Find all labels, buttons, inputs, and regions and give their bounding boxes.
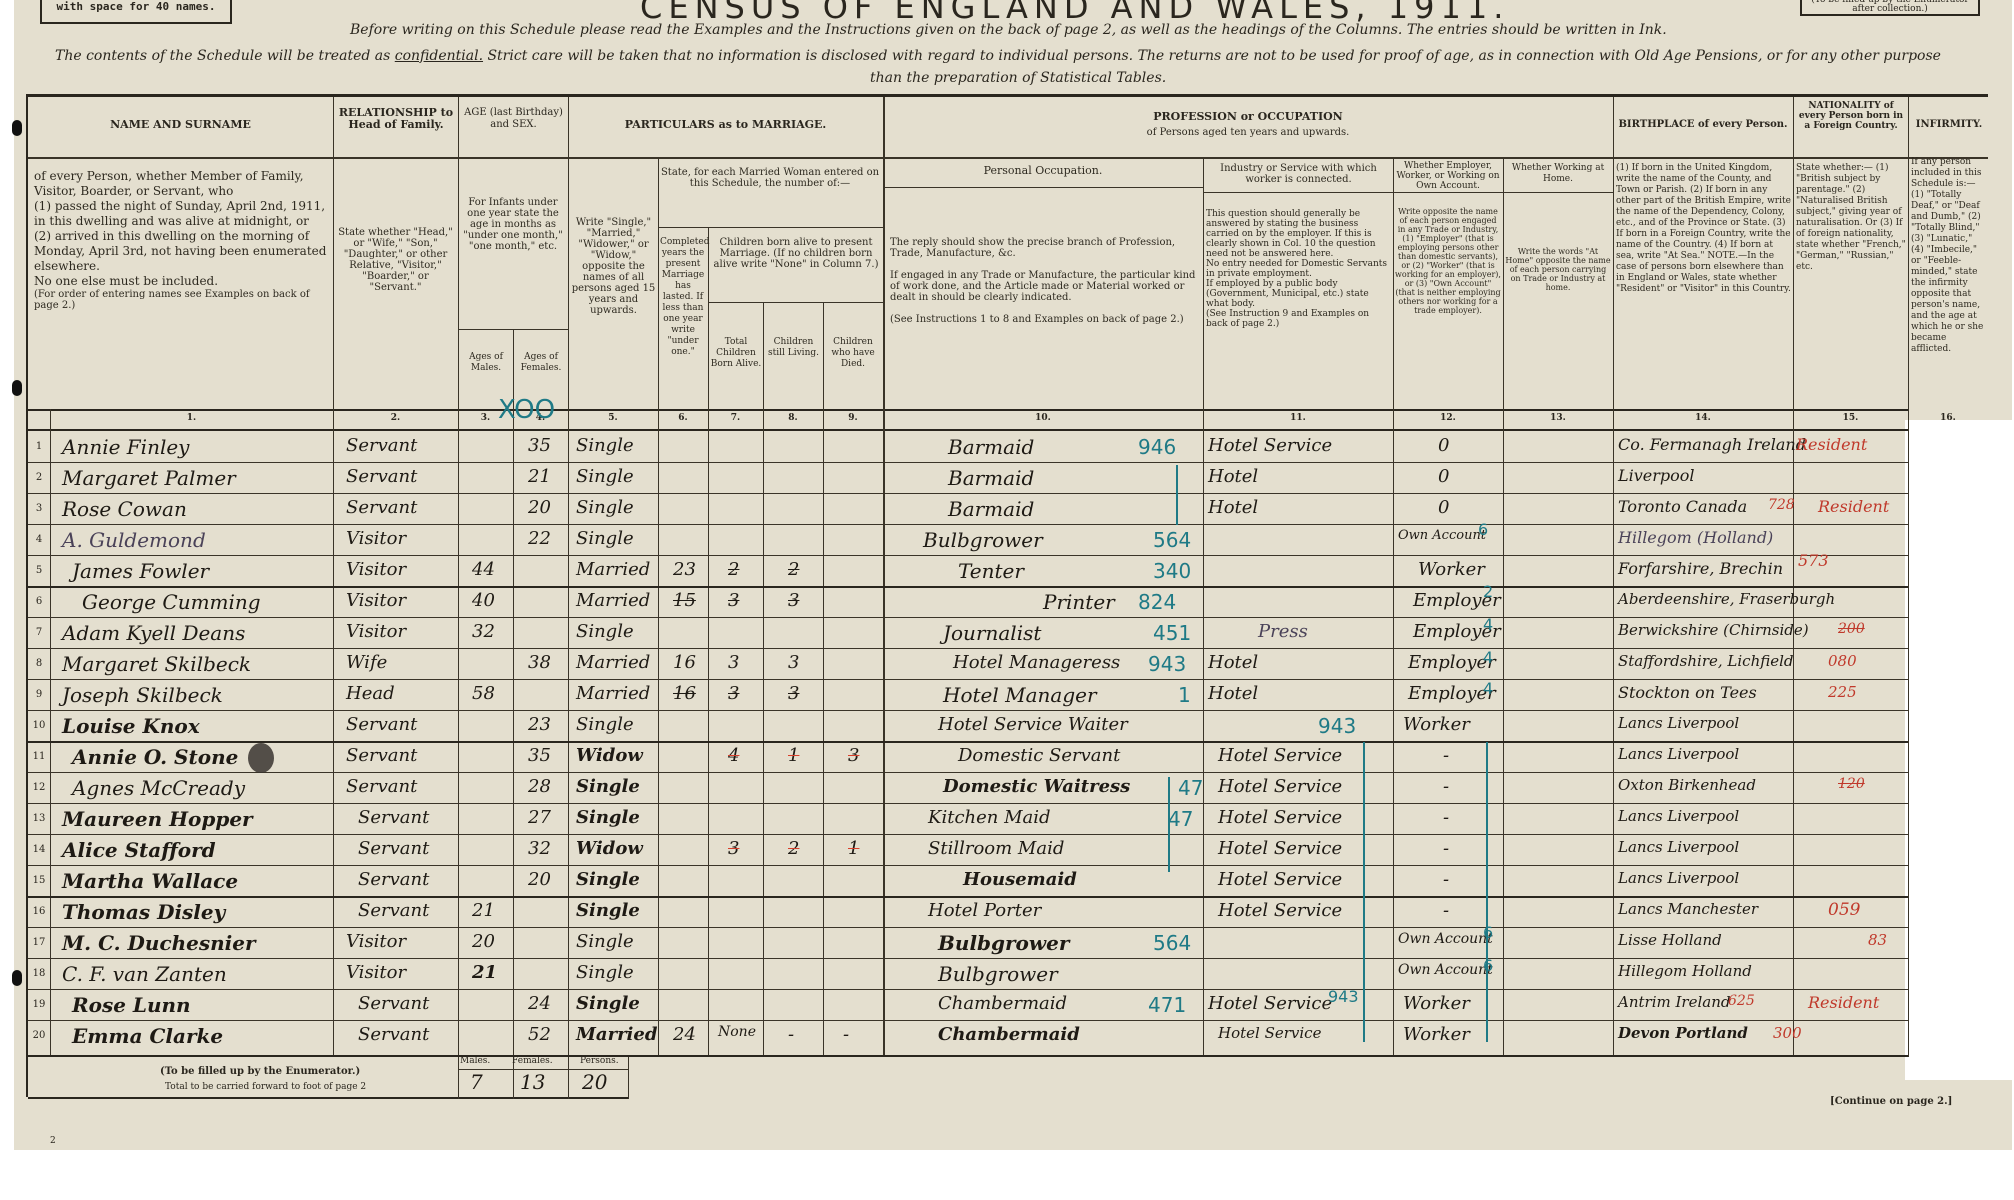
- employment-status: -: [1443, 838, 1449, 859]
- table-row: 13 Maureen Hopper Servant 27 Single Kitc…: [28, 807, 1908, 837]
- age-female: 35: [528, 435, 551, 456]
- name-desc-text: No one else must be included.: [34, 274, 329, 289]
- person-name: Margaret Skilbeck: [62, 652, 251, 676]
- employment-status: 0: [1438, 466, 1449, 487]
- relationship: Servant: [358, 838, 429, 859]
- occupation: Printer: [1043, 590, 1115, 614]
- enumerator-tick: [1176, 465, 1178, 525]
- females-label: Females.: [512, 1056, 553, 1066]
- marital-condition: Married: [576, 683, 650, 704]
- column-number: 11.: [1203, 413, 1393, 423]
- person-name: Louise Knox: [62, 714, 200, 738]
- marital-condition: Widow: [576, 838, 643, 859]
- children-living: 2: [788, 559, 799, 580]
- row-number: 6: [29, 596, 49, 607]
- years-married: 23: [673, 559, 696, 580]
- employment-code: 6: [1483, 956, 1493, 975]
- age-male: 32: [472, 621, 495, 642]
- divider: [1203, 192, 1393, 193]
- total-children: 3: [728, 590, 739, 611]
- employment-status: -: [1443, 900, 1449, 921]
- employment-status: 0: [1438, 435, 1449, 456]
- person-name: Joseph Skilbeck: [62, 683, 223, 707]
- enumerator-box: (To be filled up by the Enumerator after…: [1800, 0, 1980, 16]
- nationality: Resident: [1796, 435, 1867, 454]
- employment-code: 4: [1483, 648, 1493, 667]
- children-living: 3: [788, 652, 799, 673]
- column-divider: [628, 1057, 629, 1099]
- row-number: 1: [29, 441, 49, 452]
- occupation: Barmaid: [948, 466, 1034, 490]
- occupation-desc-text: The reply should show the precise branch…: [890, 237, 1200, 259]
- industry: Hotel Service: [1218, 745, 1342, 766]
- total-children: 3: [728, 838, 739, 859]
- table-row: 4 A. Guldemond Visitor 22 Single Bulbgro…: [28, 528, 1908, 558]
- employment-status: -: [1443, 807, 1449, 828]
- relationship-desc: State whether "Head," or "Wife," "Son," …: [338, 227, 453, 293]
- confidential-underlined: confidential.: [395, 48, 483, 64]
- row-number: 9: [29, 689, 49, 700]
- occupation: Bulbgrower: [923, 528, 1043, 552]
- person-name: Rose Lunn: [72, 993, 191, 1017]
- industry: Hotel Service: [1218, 776, 1342, 797]
- relationship: Visitor: [346, 559, 406, 580]
- birthplace: Lisse Holland: [1618, 931, 1722, 949]
- person-name: Annie O. Stone: [72, 745, 238, 769]
- table-row: 6 George Cumming Visitor 40 Married 15 3…: [28, 590, 1908, 620]
- marriage-desc: Write "Single," "Married," "Widower," or…: [571, 217, 656, 316]
- total-children: 3: [728, 652, 739, 673]
- age-male: 20: [472, 931, 495, 952]
- name-desc-text: (2) arrived in this dwelling on the morn…: [34, 229, 329, 274]
- children-died: 1: [848, 838, 859, 859]
- continue-label: [Continue on page 2.]: [1830, 1096, 1952, 1107]
- table-row: 1 Annie Finley Servant 35 Single Barmaid…: [28, 435, 1908, 465]
- divider: [883, 187, 1203, 188]
- total-children: 4: [728, 745, 739, 766]
- occupation: Barmaid: [948, 435, 1034, 459]
- industry-label: Industry or Service with which worker is…: [1206, 163, 1391, 185]
- row-number: 4: [29, 534, 49, 545]
- industry: Hotel Service: [1218, 838, 1342, 859]
- person-name: Margaret Palmer: [62, 466, 236, 490]
- age-desc: For Infants under one year state the age…: [460, 197, 566, 252]
- marital-condition: Single: [576, 435, 634, 456]
- scan-margin: [0, 1150, 2014, 1200]
- column-number: 7.: [708, 413, 763, 423]
- marital-condition: Single: [576, 869, 640, 890]
- row-number: 10: [29, 720, 49, 731]
- header-name: NAME AND SURNAME: [28, 119, 333, 131]
- industry: Hotel Service: [1218, 1024, 1321, 1042]
- row-number: 7: [29, 627, 49, 638]
- industry: Hotel: [1208, 683, 1258, 704]
- age-female: 28: [528, 776, 551, 797]
- birthplace: Devon Portland: [1618, 1024, 1748, 1042]
- enumerator-mark: XOO: [498, 395, 555, 425]
- nationality: Resident: [1808, 993, 1879, 1012]
- table-row: 11 Annie O. Stone Servant 35 Widow 4 1 3…: [28, 745, 1908, 775]
- birthplace: Hillegom Holland: [1618, 962, 1752, 980]
- column-number: 9.: [823, 413, 883, 423]
- birthplace: Lancs Liverpool: [1618, 745, 1739, 763]
- occupation: Chambermaid: [938, 1024, 1080, 1045]
- employment-status: -: [1443, 745, 1449, 766]
- divider: [28, 157, 1988, 159]
- relationship: Visitor: [346, 962, 406, 983]
- age-male: 21: [472, 962, 497, 983]
- instruction-line-1: Before writing on this Schedule please r…: [350, 22, 1667, 38]
- table-row: 2 Margaret Palmer Servant 21 Single Barm…: [28, 466, 1908, 496]
- employment-code: 2: [1483, 582, 1493, 601]
- relationship: Servant: [358, 993, 429, 1014]
- age-female: 20: [528, 497, 551, 518]
- infirmity-desc: If any person included in this Schedule …: [1911, 157, 1987, 355]
- column-number: 8.: [763, 413, 823, 423]
- person-name: Thomas Disley: [62, 900, 225, 924]
- nationality-code: 225: [1828, 683, 1857, 701]
- birthplace: Lancs Liverpool: [1618, 838, 1739, 856]
- employment-status: Worker: [1403, 714, 1470, 735]
- column-number: 12.: [1393, 413, 1503, 423]
- row-number: 17: [29, 937, 49, 948]
- occupation: Hotel Service Waiter: [938, 714, 1128, 735]
- occupation-code: 824: [1138, 590, 1176, 614]
- industry: Hotel Service: [1208, 993, 1332, 1014]
- header-age: AGE (last Birthday) and SEX.: [461, 107, 566, 131]
- children-living: 2: [788, 838, 799, 859]
- nationality-code: 120: [1838, 776, 1865, 792]
- enumerator-tick: [1168, 777, 1170, 872]
- children-living: 1: [788, 745, 799, 766]
- occupation-code: 564: [1153, 931, 1191, 955]
- industry: Hotel Service: [1218, 900, 1342, 921]
- person-name: James Fowler: [72, 559, 209, 583]
- column-number: 16.: [1908, 413, 1988, 423]
- divider: [658, 227, 883, 228]
- occupation: Hotel Porter: [928, 900, 1041, 921]
- row-number: 8: [29, 658, 49, 669]
- occupation: Tenter: [958, 559, 1024, 583]
- children-living: -: [788, 1024, 794, 1045]
- marital-condition: Single: [576, 621, 634, 642]
- column-number: 6.: [658, 413, 708, 423]
- divider: [28, 1097, 628, 1099]
- column-divider: [568, 1057, 569, 1099]
- employment-status: Own Account: [1398, 962, 1493, 978]
- age-females-label: Ages of Females.: [515, 352, 567, 374]
- employment-status: -: [1443, 776, 1449, 797]
- relationship: Servant: [358, 900, 429, 921]
- age-male: 58: [472, 683, 495, 704]
- males-total: 7: [470, 1070, 483, 1094]
- occupation-desc-text: (See Instructions 1 to 8 and Examples on…: [890, 314, 1200, 325]
- row-number: 2: [29, 472, 49, 483]
- enumerator-tick: [1486, 742, 1488, 1042]
- birthplace: Toronto Canada: [1618, 497, 1747, 516]
- person-name: A. Guldemond: [62, 528, 206, 552]
- industry: Hotel Service: [1218, 807, 1342, 828]
- table-row: 12 Agnes McCready Servant 28 Single Dome…: [28, 776, 1908, 806]
- occupation: Hotel Manageress: [953, 652, 1120, 673]
- birthplace: Lancs Liverpool: [1618, 869, 1739, 887]
- age-male: 44: [472, 559, 495, 580]
- relationship: Servant: [346, 776, 417, 797]
- table-row: 10 Louise Knox Servant 23 Single Hotel S…: [28, 714, 1908, 744]
- occupation: Housemaid: [963, 869, 1077, 890]
- marital-condition: Single: [576, 466, 634, 487]
- table-row: 17 M. C. Duchesnier Visitor 20 Single Bu…: [28, 931, 1908, 961]
- name-desc-text: (1) passed the night of Sunday, April 2n…: [34, 199, 329, 229]
- occupation: Barmaid: [948, 497, 1034, 521]
- column-number: 2.: [333, 413, 458, 423]
- person-name: Annie Finley: [62, 435, 189, 459]
- employment-code: 6: [1478, 520, 1488, 539]
- personal-occupation-label: Personal Occupation.: [888, 165, 1198, 176]
- years-married: 24: [673, 1024, 696, 1045]
- occupation: Bulbgrower: [938, 931, 1069, 955]
- row-number: 18: [29, 968, 49, 979]
- children-died: -: [843, 1024, 849, 1045]
- nationality-code: 200: [1838, 621, 1865, 637]
- binding-hole: [12, 380, 22, 396]
- marital-condition: Single: [576, 714, 634, 735]
- employment-status: Own Account: [1398, 931, 1493, 947]
- children-living-label: Children still Living.: [765, 337, 822, 359]
- row-divider: [28, 1055, 1908, 1057]
- occupation-code: 471: [1148, 993, 1186, 1017]
- birthplace: Berwickshire (Chirnside): [1618, 621, 1809, 639]
- industry-desc-text: If employed by a public body (Government…: [1206, 279, 1391, 309]
- header-relationship: RELATIONSHIP to Head of Family.: [336, 107, 456, 131]
- person-name: C. F. van Zanten: [62, 962, 227, 986]
- age-female: 22: [528, 528, 551, 549]
- males-label: Males.: [460, 1056, 490, 1066]
- table-row: 9 Joseph Skilbeck Head 58 Married 16 3 3…: [28, 683, 1908, 713]
- persons-label: Persons.: [580, 1056, 619, 1066]
- row-number: 14: [29, 844, 49, 855]
- employment-status: Worker: [1403, 1024, 1470, 1045]
- table-row: 19 Rose Lunn Servant 24 Single Chamberma…: [28, 993, 1908, 1023]
- row-number: 19: [29, 999, 49, 1010]
- industry-code: 943: [1328, 987, 1359, 1006]
- occupation-code: 946: [1138, 435, 1176, 459]
- person-name: George Cumming: [82, 590, 261, 614]
- relationship: Servant: [346, 714, 417, 735]
- instruction-text: Strict care will be taken that no inform…: [483, 48, 1941, 64]
- nationality-code: 625: [1728, 993, 1755, 1009]
- age-female: 24: [528, 993, 551, 1014]
- column-number: 1.: [50, 413, 333, 423]
- children-living: 3: [788, 590, 799, 611]
- census-table: NAME AND SURNAME RELATIONSHIP to Head of…: [26, 94, 1988, 1097]
- enumerator-label: (To be filled up by the Enumerator.): [160, 1066, 360, 1077]
- occupation: Bulbgrower: [938, 962, 1058, 986]
- header-birthplace: BIRTHPLACE of every Person.: [1618, 119, 1788, 131]
- industry: Press: [1258, 621, 1308, 642]
- header-infirmity: INFIRMITY.: [1910, 119, 1988, 131]
- birthplace-desc: (1) If born in the United Kingdom, write…: [1616, 163, 1791, 295]
- table-row: 3 Rose Cowan Servant 20 Single Barmaid H…: [28, 497, 1908, 527]
- nationality-code: 728: [1768, 497, 1795, 513]
- relationship: Servant: [358, 869, 429, 890]
- marital-condition: Single: [576, 528, 634, 549]
- relationship: Servant: [358, 807, 429, 828]
- person-name: Agnes McCready: [72, 776, 245, 800]
- personal-occupation-desc: The reply should show the precise branch…: [890, 237, 1200, 325]
- relationship: Servant: [346, 745, 417, 766]
- relationship: Visitor: [346, 528, 406, 549]
- employment-status: Worker: [1418, 559, 1485, 580]
- column-number: 15.: [1793, 413, 1908, 423]
- birthplace: Antrim Ireland: [1618, 993, 1730, 1011]
- industry-desc-text: No entry needed for Domestic Servants in…: [1206, 259, 1391, 279]
- marital-condition: Single: [576, 497, 634, 518]
- birthplace: Lancs Liverpool: [1618, 714, 1739, 732]
- occupation-code: 943: [1318, 714, 1356, 738]
- occupation-code: 451: [1153, 621, 1191, 645]
- age-males-label: Ages of Males.: [460, 352, 512, 374]
- children-born-desc: Children born alive to present Marriage.…: [711, 237, 881, 270]
- occupation-code: 340: [1153, 559, 1191, 583]
- instruction-line-2: The contents of the Schedule will be tre…: [55, 48, 1941, 64]
- marital-condition: Married: [576, 652, 650, 673]
- employment-status: 0: [1438, 497, 1449, 518]
- employment-code: 4: [1483, 679, 1493, 698]
- nationality-code: 300: [1773, 1024, 1802, 1042]
- person-name: Maureen Hopper: [62, 807, 253, 831]
- person-name: M. C. Duchesnier: [62, 931, 256, 955]
- column-number: 14.: [1613, 413, 1793, 423]
- industry: Hotel: [1208, 652, 1258, 673]
- employment-code: 6: [1483, 923, 1493, 942]
- completed-years-desc: Completed years the present Marriage has…: [660, 237, 706, 358]
- relationship: Servant: [346, 497, 417, 518]
- total-children-label: Total Children Born Alive.: [710, 337, 762, 370]
- marital-condition: Single: [576, 776, 640, 797]
- nationality-code: 059: [1828, 900, 1860, 920]
- age-male: 21: [472, 900, 495, 921]
- at-home-label: Whether Working at Home.: [1505, 163, 1611, 185]
- relationship: Visitor: [346, 590, 406, 611]
- nationality-code: 573: [1798, 551, 1829, 570]
- table-row: 20 Emma Clarke Servant 52 Married 24 Non…: [28, 1024, 1908, 1054]
- person-name: Alice Stafford: [62, 838, 216, 862]
- married-woman-desc: State, for each Married Woman entered on…: [660, 167, 880, 189]
- relationship: Head: [346, 683, 395, 704]
- occupation-code: 1: [1178, 683, 1191, 707]
- name-desc-text: of every Person, whether Member of Famil…: [34, 169, 329, 199]
- occupation: Chambermaid: [938, 993, 1067, 1014]
- birthplace: Lancs Liverpool: [1618, 807, 1739, 825]
- persons-total: 20: [582, 1070, 607, 1094]
- occupation: Stillroom Maid: [928, 838, 1064, 859]
- table-row: 15 Martha Wallace Servant 20 Single Hous…: [28, 869, 1908, 899]
- age-female: 27: [528, 807, 551, 828]
- children-living: 3: [788, 683, 799, 704]
- birthplace: Oxton Birkenhead: [1618, 776, 1756, 794]
- person-name: Emma Clarke: [72, 1024, 223, 1048]
- occupation: Journalist: [943, 621, 1041, 645]
- birthplace: Staffordshire, Lichfield: [1618, 652, 1794, 670]
- employment-status: Own Account: [1398, 528, 1486, 543]
- birthplace: Aberdeenshire, Fraserburgh: [1618, 590, 1835, 608]
- nationality-desc: State whether:— (1) "British subject by …: [1796, 163, 1906, 273]
- industry-desc: This question should generally be answer…: [1206, 209, 1391, 329]
- employment-status: Worker: [1403, 993, 1470, 1014]
- industry: Hotel: [1208, 497, 1258, 518]
- employer-label: Whether Employer, Worker, or Working on …: [1395, 161, 1501, 191]
- row-number: 5: [29, 565, 49, 576]
- occupation: Domestic Waitress: [943, 776, 1130, 797]
- enumerator-tick: [1363, 742, 1365, 1042]
- age-female: 52: [528, 1024, 551, 1045]
- column-number: 5.: [568, 413, 658, 423]
- row-number: 13: [29, 813, 49, 824]
- occupation: Domestic Servant: [958, 745, 1120, 766]
- age-female: 35: [528, 745, 551, 766]
- binding-hole: [12, 120, 22, 136]
- table-row: 14 Alice Stafford Servant 32 Widow 3 2 1…: [28, 838, 1908, 868]
- employment-code: 4: [1483, 615, 1493, 634]
- years-married: 16: [673, 683, 696, 704]
- marital-condition: Married: [576, 559, 650, 580]
- total-children: None: [718, 1024, 756, 1040]
- birthplace: Co. Fermanagh Ireland: [1618, 435, 1806, 454]
- age-female: 23: [528, 714, 551, 735]
- years-married: 16: [673, 652, 696, 673]
- occupation: Hotel Manager: [943, 683, 1097, 707]
- industry: Hotel: [1208, 466, 1258, 487]
- nationality: Resident: [1818, 497, 1889, 516]
- industry: Hotel Service: [1208, 435, 1332, 456]
- occupation: Kitchen Maid: [928, 807, 1051, 828]
- person-name: Adam Kyell Deans: [62, 621, 245, 645]
- total-carry-label: Total to be carried forward to foot of p…: [165, 1082, 366, 1092]
- industry: Hotel Service: [1218, 869, 1342, 890]
- total-children: 3: [728, 683, 739, 704]
- binding-hole: [12, 970, 22, 986]
- person-name: Martha Wallace: [62, 869, 238, 893]
- row-number: 20: [29, 1030, 49, 1041]
- column-divider: [1908, 97, 1909, 1057]
- relationship: Servant: [346, 466, 417, 487]
- column-number: 13.: [1503, 413, 1613, 423]
- table-row: 5 James Fowler Visitor 44 Married 23 2 2…: [28, 559, 1908, 589]
- relationship: Servant: [358, 1024, 429, 1045]
- table-row: 16 Thomas Disley Servant 21 Single Hotel…: [28, 900, 1908, 930]
- table-row: 18 C. F. van Zanten Visitor 21 Single Bu…: [28, 962, 1908, 992]
- row-number: 12: [29, 782, 49, 793]
- row-number: 16: [29, 906, 49, 917]
- table-row: 7 Adam Kyell Deans Visitor 32 Single Jou…: [28, 621, 1908, 651]
- children-died-label: Children who have Died.: [825, 337, 881, 370]
- table-row: 8 Margaret Skilbeck Wife 38 Married 16 3…: [28, 652, 1908, 682]
- name-desc: of every Person, whether Member of Famil…: [34, 169, 329, 311]
- divider: [28, 409, 1908, 411]
- occupation-code: 47: [1168, 807, 1193, 831]
- row-number: 3: [29, 503, 49, 514]
- ink-blot: [248, 743, 274, 773]
- page-number: 2: [50, 1136, 56, 1146]
- marital-condition: Single: [576, 993, 640, 1014]
- relationship: Servant: [346, 435, 417, 456]
- children-died: 3: [848, 745, 859, 766]
- occupation-desc-text: If engaged in any Trade or Manufacture, …: [890, 270, 1200, 303]
- females-total: 13: [520, 1070, 545, 1094]
- divider: [708, 302, 883, 303]
- marital-condition: Married: [576, 590, 650, 611]
